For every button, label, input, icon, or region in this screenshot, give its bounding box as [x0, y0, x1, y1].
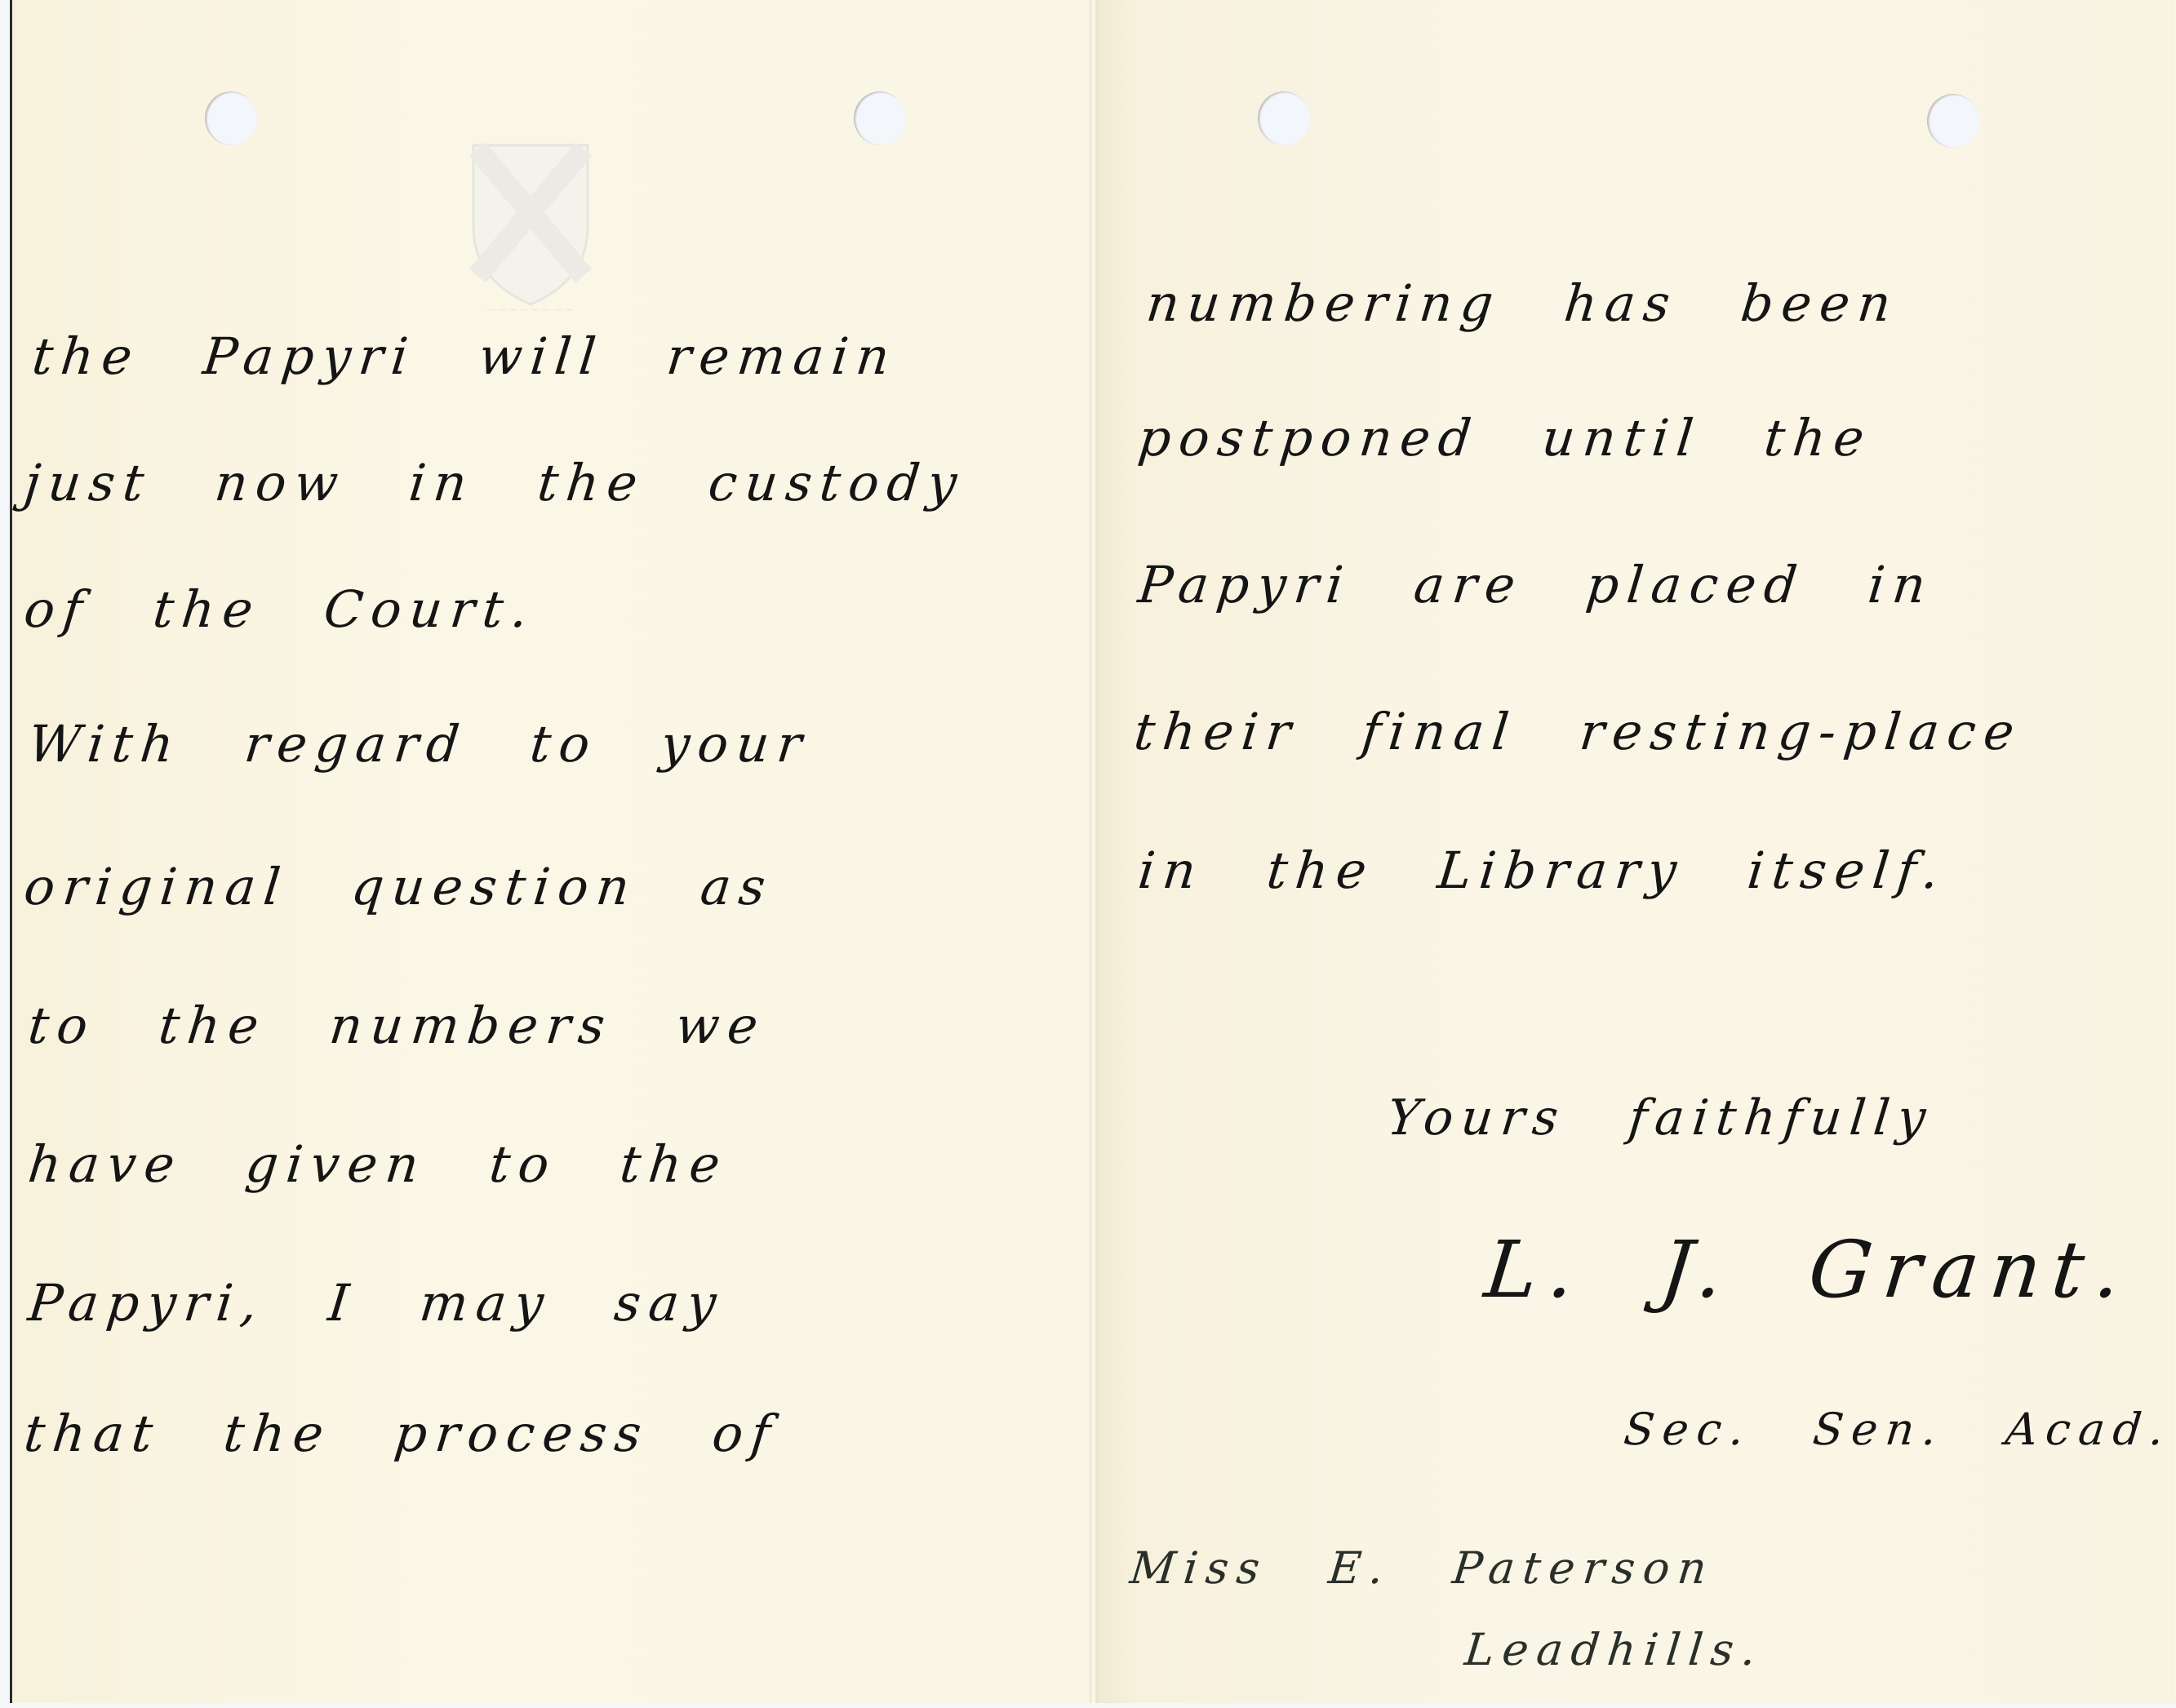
center-fold: [1090, 0, 1098, 1703]
shield-saltire-crest-icon: ~~~~~~~~: [453, 137, 608, 317]
punch-hole-icon: [854, 91, 906, 145]
letter-line: original question as: [21, 857, 776, 916]
letter-line: just now in the custody: [21, 453, 967, 512]
svg-text:~~~~~~~~: ~~~~~~~~: [486, 304, 575, 317]
addressee-place: Leadhills.: [1463, 1624, 1767, 1675]
punch-hole-icon: [1258, 91, 1310, 145]
letter-line: Papyri are placed in: [1135, 555, 1937, 614]
letter-line: Papyri, I may say: [25, 1273, 727, 1333]
closing-salutation: Yours faithfully: [1384, 1089, 1936, 1147]
letter-line: in the Library itself.: [1135, 841, 1950, 900]
letter-line: that the process of: [21, 1404, 781, 1463]
letter-line: numbering has been: [1144, 273, 1902, 333]
addressee-name: Miss E. Paterson: [1128, 1542, 1717, 1594]
letter-line: the Papyri will remain: [29, 326, 900, 386]
letter-line: their final resting-place: [1131, 702, 2025, 761]
letter-line: of the Court.: [21, 579, 539, 639]
letter-line: With regard to your: [25, 714, 813, 774]
letter-line: to the numbers we: [25, 996, 769, 1055]
signature: L. J. Grant.: [1481, 1224, 2136, 1315]
punch-hole-icon: [1927, 94, 1979, 148]
letter-line: postponed until the: [1135, 408, 1875, 468]
letter-line: have given to the: [25, 1134, 731, 1194]
punch-hole-icon: [205, 91, 257, 145]
signatory-title: Sec. Sen. Acad.: [1622, 1404, 2174, 1455]
